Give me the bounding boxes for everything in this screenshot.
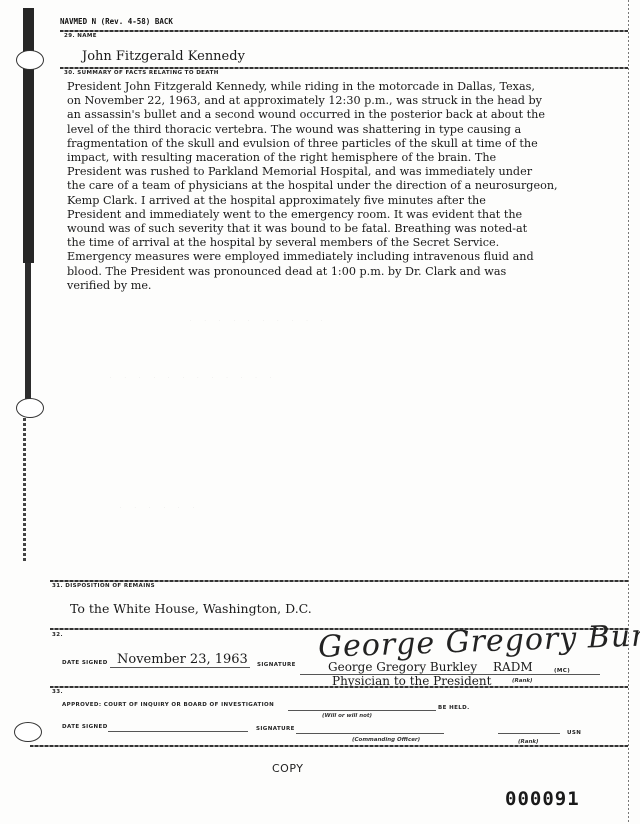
field-label-summary: 30. Summary of facts relating to death: [64, 70, 219, 76]
approved-label: Approved: Court of inquiry or board of i…: [62, 702, 274, 708]
rank-caption: (Rank): [512, 678, 533, 684]
summary-of-facts: President John Fitzgerald Kennedy, while…: [67, 80, 627, 293]
binding-strip: [23, 413, 26, 563]
handwritten-signature: George Gregory Burkley: [318, 616, 640, 665]
summary-line: an assassin's bullet and a second wound …: [67, 108, 627, 122]
summary-line: President was rushed to Parkland Memoria…: [67, 165, 627, 179]
disposition-value: To the White House, Washington, D.C.: [70, 601, 312, 616]
summary-line: impact, with resulting maceration of the…: [67, 151, 627, 165]
signer-name: George Gregory Burkley: [328, 660, 477, 674]
divider: [60, 67, 628, 69]
will-caption: (Will or will not): [322, 713, 372, 719]
scan-noise: · · · · · · · · · · · ·: [110, 375, 277, 380]
copy-stamp: COPY: [272, 762, 303, 775]
punch-hole-icon: [14, 722, 42, 742]
binding-strip: [23, 8, 34, 263]
form-id: NAVMED N (Rev. 4-58) BACK: [60, 17, 173, 26]
signature-label: Signature: [257, 662, 296, 668]
rank-line-33: [498, 733, 560, 734]
field-label-name: 29. Name: [64, 33, 97, 39]
date-signed-value: November 23, 1963: [117, 652, 248, 667]
signature-label-33: Signature: [256, 726, 295, 732]
summary-line: verified by me.: [67, 279, 627, 293]
divider: [50, 686, 628, 688]
scan-noise: · · · · · · · · · ·: [190, 318, 328, 323]
deceased-name: John Fitzgerald Kennedy: [82, 49, 245, 64]
summary-line: wound was of such severity that it was b…: [67, 222, 627, 236]
commanding-officer-line: [296, 733, 444, 734]
summary-line: on November 22, 1963, and at approximate…: [67, 94, 627, 108]
summary-line: blood. The President was pronounced dead…: [67, 265, 627, 279]
summary-line: fragmentation of the skull and evulsion …: [67, 137, 627, 151]
will-line: [288, 710, 436, 711]
summary-line: the time of arrival at the hospital by s…: [67, 236, 627, 250]
summary-line: President and immediately went to the em…: [67, 208, 627, 222]
divider: [60, 30, 628, 32]
page-edge: [628, 0, 629, 824]
be-held-label: Be held.: [438, 705, 470, 711]
date-signed-line: [110, 667, 250, 668]
divider: [30, 745, 628, 747]
scan-noise: · · · · · ·: [120, 505, 200, 510]
summary-line: Kemp Clark. I arrived at the hospital ap…: [67, 194, 627, 208]
signer-rank: RADM: [493, 660, 533, 674]
binding-strip: [25, 263, 31, 413]
summary-line: level of the third thoracic vertebra. Th…: [67, 123, 627, 137]
field-label-disposition: 31. Disposition of remains: [52, 583, 155, 589]
field-label-33: 33.: [52, 689, 63, 695]
field-label-32: 32.: [52, 632, 63, 638]
date-signed-label-33: Date signed: [62, 724, 108, 730]
summary-line: Emergency measures were employed immedia…: [67, 250, 627, 264]
summary-line: the care of a team of physicians at the …: [67, 179, 627, 193]
date-signed-line-33: [108, 731, 248, 732]
officer-caption: (Commanding Officer): [352, 737, 420, 743]
punch-hole-icon: [16, 398, 44, 418]
document-page: NAVMED N (Rev. 4-58) BACK 29. Name John …: [0, 0, 640, 824]
serial-number: 000091: [505, 788, 580, 810]
date-signed-label: Date signed: [62, 660, 108, 666]
service-suffix: USN: [567, 730, 581, 736]
summary-line: President John Fitzgerald Kennedy, while…: [67, 80, 627, 94]
punch-hole-icon: [16, 50, 44, 70]
divider: [50, 580, 628, 582]
